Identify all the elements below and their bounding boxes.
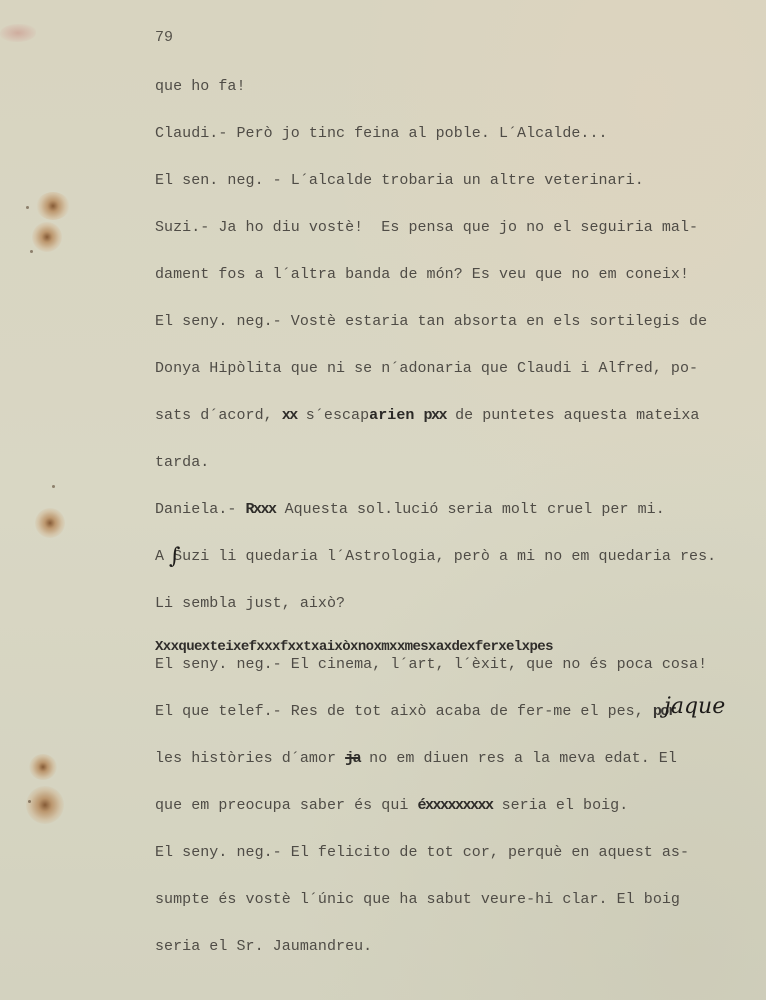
text-line: El sen. neg. - L´alcalde trobaria un alt… bbox=[155, 172, 644, 190]
struck-text: xx bbox=[282, 407, 297, 424]
text-line-with-corrections: les històries d´amor ja no em diuen res … bbox=[155, 750, 677, 768]
text-segment: no em diuen res a la meva edat. El bbox=[360, 750, 677, 767]
text-segment: sats d´acord, bbox=[155, 407, 282, 424]
text-segment: que em preocupa saber és qui bbox=[155, 797, 418, 814]
text-line: Donya Hipòlita que ni se n´adonaria que … bbox=[155, 360, 698, 378]
text-line: El seny. neg.- El felicito de tot cor, p… bbox=[155, 844, 689, 862]
rust-stain bbox=[36, 192, 70, 220]
struck-text: Rxxx bbox=[246, 501, 276, 518]
text-line: sumpte és vostè l´únic que ha sabut veur… bbox=[155, 891, 680, 909]
text-segment: les històries d´amor bbox=[155, 750, 345, 767]
overtyped-text: arien bbox=[369, 407, 414, 424]
text-line: Claudi.- Però jo tinc feina al poble. L´… bbox=[155, 125, 608, 143]
pink-stain-top-left bbox=[0, 24, 36, 42]
text-line: que ho fa! bbox=[155, 78, 246, 96]
text-line: Suzi.- Ja ho diu vostè! Es pensa que jo … bbox=[155, 219, 698, 237]
speck bbox=[26, 206, 29, 209]
text-segment: Daniela.- bbox=[155, 501, 246, 518]
text-line: El seny. neg.- El cinema, l´art, l´èxit,… bbox=[155, 656, 707, 674]
handwritten-s-correction: ∫ bbox=[169, 544, 180, 569]
text-line-with-corrections: que em preocupa saber és qui éxxxxxxxxx … bbox=[155, 797, 628, 815]
rust-stain bbox=[35, 508, 65, 538]
struck-text: pxx bbox=[424, 407, 447, 424]
text-line: A Suzi li quedaria l´Astrologia, però a … bbox=[155, 548, 716, 566]
text-line: Li sembla just, això? bbox=[155, 595, 345, 613]
speck bbox=[30, 250, 33, 253]
text-segment: s´escap bbox=[297, 407, 369, 424]
text-line-with-corrections: Daniela.- Rxxx Aquesta sol.lució seria m… bbox=[155, 501, 665, 519]
handwritten-correction: jaque bbox=[664, 694, 725, 719]
text-line: tarda. bbox=[155, 454, 209, 472]
struck-text: ja bbox=[345, 750, 360, 767]
struck-text: éxxxxxxxxx bbox=[418, 797, 493, 814]
page-number: 79 bbox=[155, 29, 173, 46]
typewritten-page: 79 que ho fa! Claudi.- Però jo tinc fein… bbox=[0, 0, 766, 1000]
rust-stain bbox=[32, 222, 62, 252]
text-segment: Aquesta sol.lució seria molt cruel per m… bbox=[276, 501, 665, 518]
text-segment: El que telef.- Res de tot això acaba de … bbox=[155, 703, 653, 720]
text-segment: seria el boig. bbox=[493, 797, 629, 814]
speck bbox=[28, 800, 31, 803]
speck bbox=[52, 485, 55, 488]
rust-stain bbox=[26, 786, 64, 824]
text-line-with-corrections: sats d´acord, xx s´escaparien pxx de pun… bbox=[155, 407, 699, 425]
text-segment bbox=[414, 407, 423, 424]
text-line: El seny. neg.- Vostè estaria tan absorta… bbox=[155, 313, 707, 331]
text-line-with-corrections: El que telef.- Res de tot això acaba de … bbox=[155, 703, 675, 721]
struck-out-line: Xxxquexteixefxxxfxxtxaixòxnoxmxxmesxaxde… bbox=[155, 638, 553, 656]
text-line: seria el Sr. Jaumandreu. bbox=[155, 938, 372, 956]
rust-stain bbox=[29, 754, 57, 780]
text-line: dament fos a l´altra banda de món? Es ve… bbox=[155, 266, 689, 284]
text-segment: de puntetes aquesta mateixa bbox=[446, 407, 699, 424]
